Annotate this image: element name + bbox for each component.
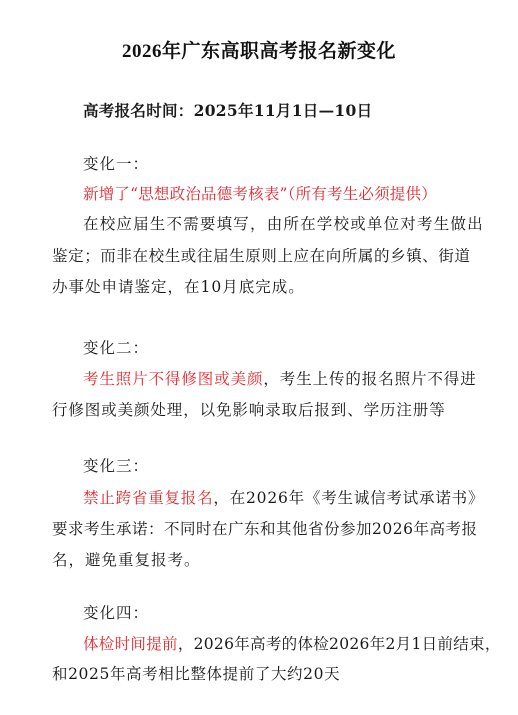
change-3-heading: 变化三： bbox=[83, 456, 149, 476]
change-1-highlight: 新增了“思想政治品德考核表”（所有考生必须提供） bbox=[83, 184, 437, 204]
registration-value: 2025年11月1日—10日 bbox=[194, 101, 373, 120]
change-1-heading: 变化一： bbox=[83, 154, 149, 174]
change-3-line-3: 名，避免重复报考。 bbox=[52, 550, 201, 570]
change-1-line-3: 办事处申请鉴定，在10月底完成。 bbox=[52, 277, 305, 297]
registration-time: 高考报名时间：2025年11月1日—10日 bbox=[83, 101, 372, 121]
change-2-line-1-rest: ，考生上传的报名照片不得进 bbox=[263, 370, 476, 388]
change-3-line-1: 禁止跨省重复报名，在2026年《考生诚信考试承诺书》 bbox=[83, 488, 484, 508]
change-4-highlight: 体检时间提前 bbox=[83, 635, 178, 653]
change-2-heading: 变化二： bbox=[83, 338, 149, 358]
change-4-line-1: 体检时间提前，2026年高考的体检2026年2月1日前结束， bbox=[83, 634, 501, 654]
change-2-line-1: 考生照片不得修图或美颜，考生上传的报名照片不得进 bbox=[83, 369, 477, 389]
change-2-highlight: 考生照片不得修图或美颜 bbox=[83, 370, 263, 388]
change-4-line-2: 和2025年高考相比整体提前了大约20天 bbox=[52, 664, 340, 684]
registration-label: 高考报名时间： bbox=[83, 101, 194, 120]
change-3-line-1-rest: ，在2026年《考生诚信考试承诺书》 bbox=[213, 489, 484, 507]
change-1-line-1: 在校应届生不需要填写，由所在学校或单位对考生做出 bbox=[83, 214, 484, 234]
change-3-line-2: 要求考生承诺：不同时在广东和其他省份参加2026年高考报 bbox=[52, 519, 477, 539]
change-2-line-2: 行修图或美颜处理，以免影响录取后报到、学历注册等 bbox=[52, 400, 446, 420]
change-4-heading: 变化四： bbox=[83, 603, 149, 623]
change-3-highlight: 禁止跨省重复报名 bbox=[83, 489, 213, 507]
document-title: 2026年广东高职高考报名新变化 bbox=[0, 36, 518, 63]
change-4-line-1-rest: ，2026年高考的体检2026年2月1日前结束， bbox=[178, 635, 501, 653]
document-page: 2026年广东高职高考报名新变化 高考报名时间：2025年11月1日—10日 变… bbox=[0, 0, 518, 715]
change-1-line-2: 鉴定；而非在校生或往届生原则上应在向所属的乡镇、街道 bbox=[52, 246, 471, 266]
